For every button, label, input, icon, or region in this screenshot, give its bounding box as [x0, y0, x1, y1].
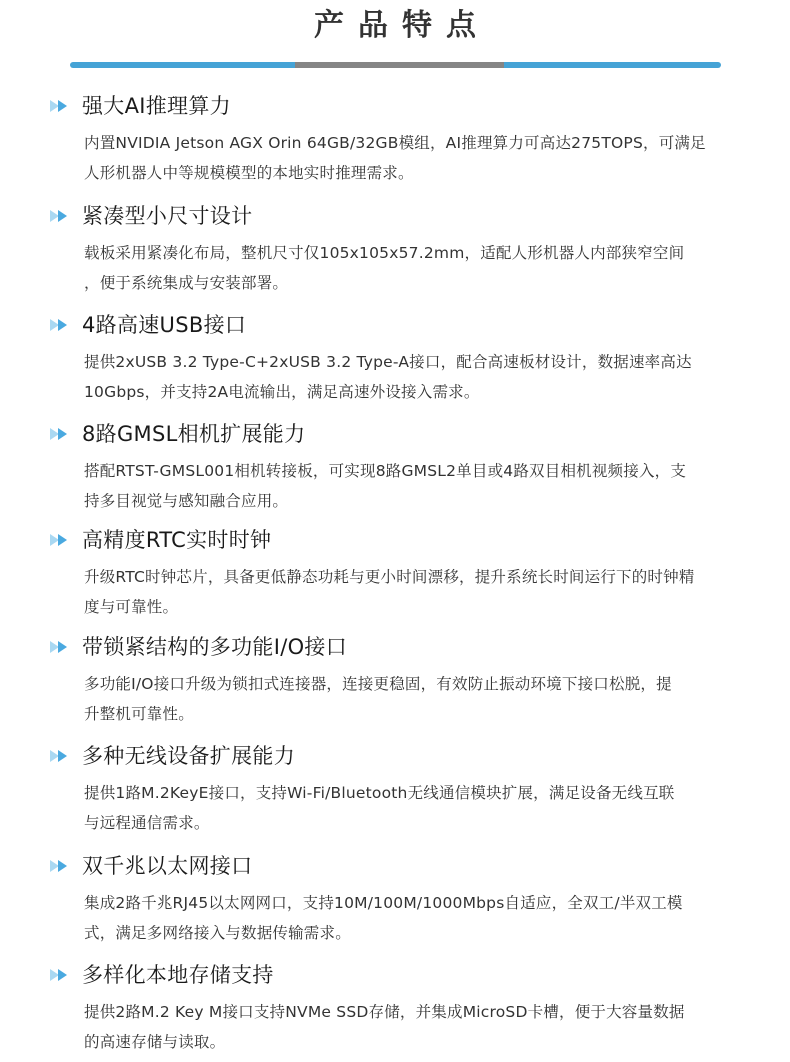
- feature-description: 搭配RTST-GMSL001相机转接板，可实现8路GMSL2单目或4路双目相机视…: [84, 456, 744, 516]
- description-line: 集成2路千兆RJ45以太网网口，支持10M/100M/1000Mbps自适应，全…: [84, 888, 744, 918]
- feature-description: 提供2xUSB 3.2 Type-C+2xUSB 3.2 Type-A接口，配合…: [84, 347, 744, 407]
- description-line: 10Gbps，并支持2A电流输出，满足高速外设接入需求。: [84, 377, 744, 407]
- description-line: ，便于系统集成与安装部署。: [84, 268, 744, 298]
- double-arrow-right-icon: [50, 859, 72, 873]
- description-line: 升级RTC时钟芯片，具备更低静态功耗与更小时间漂移，提升系统长时间运行下的时钟精: [84, 562, 744, 592]
- feature-title: 高精度RTC实时时钟: [82, 522, 271, 558]
- feature-description: 集成2路千兆RJ45以太网网口，支持10M/100M/1000Mbps自适应，全…: [84, 888, 744, 948]
- double-arrow-right-icon: [50, 209, 72, 223]
- feature-title: 8路GMSL相机扩展能力: [82, 416, 305, 452]
- feature-title: 多种无线设备扩展能力: [82, 738, 295, 774]
- description-line: 的高速存储与读取。: [84, 1027, 744, 1057]
- feature-title: 强大AI推理算力: [82, 88, 231, 124]
- double-arrow-right-icon: [50, 968, 72, 982]
- feature-description: 升级RTC时钟芯片，具备更低静态功耗与更小时间漂移，提升系统长时间运行下的时钟精…: [84, 562, 744, 622]
- feature-description: 提供2路M.2 Key M接口支持NVMe SSD存储，并集成MicroSD卡槽…: [84, 997, 744, 1057]
- description-line: 提供1路M.2KeyE接口，支持Wi-Fi/Bluetooth无线通信模块扩展，…: [84, 778, 744, 808]
- divider-segment-left: [70, 62, 295, 68]
- feature-title: 双千兆以太网接口: [82, 848, 252, 884]
- page-title: 产品特点: [0, 6, 790, 46]
- feature-description: 载板采用紧凑化布局，整机尺寸仅105x105x57.2mm，适配人形机器人内部狭…: [84, 238, 744, 298]
- divider-segment-right: [504, 62, 721, 68]
- description-line: 提供2路M.2 Key M接口支持NVMe SSD存储，并集成MicroSD卡槽…: [84, 997, 744, 1027]
- description-line: 多功能I/O接口升级为锁扣式连接器，连接更稳固，有效防止振动环境下接口松脱，提: [84, 669, 744, 699]
- description-line: 度与可靠性。: [84, 592, 744, 622]
- feature-title: 带锁紧结构的多功能I/O接口: [82, 629, 347, 665]
- feature-title: 4路高速USB接口: [82, 307, 246, 343]
- title-divider-bar: [70, 62, 721, 68]
- description-line: 持多目视觉与感知融合应用。: [84, 486, 744, 516]
- divider-segment-middle: [295, 62, 504, 68]
- feature-description: 提供1路M.2KeyE接口，支持Wi-Fi/Bluetooth无线通信模块扩展，…: [84, 778, 744, 838]
- description-line: 搭配RTST-GMSL001相机转接板，可实现8路GMSL2单目或4路双目相机视…: [84, 456, 744, 486]
- double-arrow-right-icon: [50, 318, 72, 332]
- double-arrow-right-icon: [50, 99, 72, 113]
- double-arrow-right-icon: [50, 640, 72, 654]
- feature-title: 紧凑型小尺寸设计: [82, 198, 252, 234]
- description-line: 提供2xUSB 3.2 Type-C+2xUSB 3.2 Type-A接口，配合…: [84, 347, 744, 377]
- feature-title: 多样化本地存储支持: [82, 957, 274, 993]
- description-line: 载板采用紧凑化布局，整机尺寸仅105x105x57.2mm，适配人形机器人内部狭…: [84, 238, 744, 268]
- description-line: 人形机器人中等规模模型的本地实时推理需求。: [84, 158, 744, 188]
- description-line: 式，满足多网络接入与数据传输需求。: [84, 918, 744, 948]
- description-line: 与远程通信需求。: [84, 808, 744, 838]
- double-arrow-right-icon: [50, 427, 72, 441]
- feature-description: 内置NVIDIA Jetson AGX Orin 64GB/32GB模组，AI推…: [84, 128, 744, 188]
- description-line: 升整机可靠性。: [84, 699, 744, 729]
- double-arrow-right-icon: [50, 533, 72, 547]
- double-arrow-right-icon: [50, 749, 72, 763]
- feature-description: 多功能I/O接口升级为锁扣式连接器，连接更稳固，有效防止振动环境下接口松脱，提 …: [84, 669, 744, 729]
- description-line: 内置NVIDIA Jetson AGX Orin 64GB/32GB模组，AI推…: [84, 128, 744, 158]
